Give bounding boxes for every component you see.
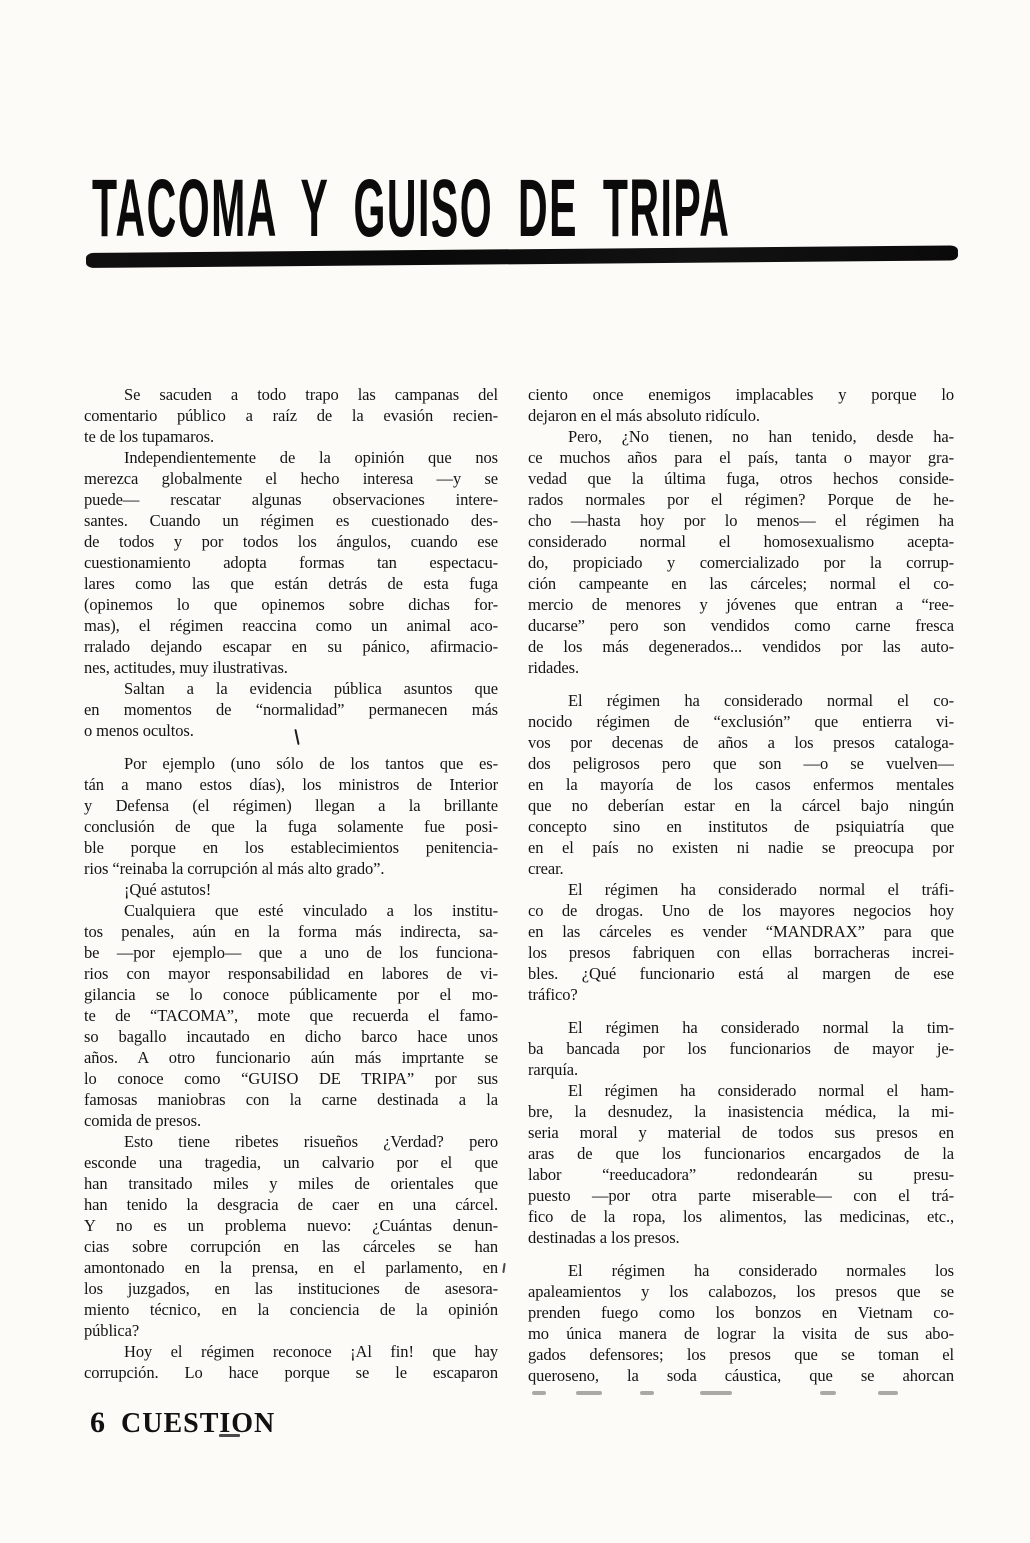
scan-artifact-cutline [700, 1391, 732, 1395]
text-line: crear. [528, 858, 954, 879]
paragraph: El régimen ha considerado normal la tim-… [528, 1017, 954, 1080]
scan-artifact-cutline [878, 1391, 898, 1395]
text-line: esconde una tragedia, un calvario por el… [84, 1152, 498, 1173]
text-line: vos por decenas de años a los presos cat… [528, 732, 954, 753]
text-line: en momentos de “normalidad” permanecen m… [84, 699, 498, 720]
text-line: mas), el régimen reaccina como un animal… [84, 615, 498, 636]
paragraph: Por ejemplo (uno sólo de los tantos que … [84, 753, 498, 879]
text-line: pública? [84, 1320, 498, 1341]
scan-artifact-cutline [576, 1391, 602, 1395]
text-line: de los más degenerados... vendidos por l… [528, 636, 954, 657]
text-line: bles. ¿Qué funcionario está al margen de… [528, 963, 954, 984]
text-line: co de drogas. Uno de los mayores negocio… [528, 900, 954, 921]
paragraph: Pero, ¿No tienen, no han tenido, desde h… [528, 426, 954, 678]
text-line: puede— rescatar algunas observaciones in… [84, 489, 498, 510]
text-line: Esto tiene ribetes risueños ¿Verdad? per… [84, 1131, 498, 1152]
page-number: 6 [90, 1406, 105, 1440]
text-line: prenden fuego como los bonzos en Vietnam… [528, 1302, 954, 1323]
paragraph: El régimen ha considerado normales losap… [528, 1260, 954, 1386]
text-line: gados defensores; los presos que se toma… [528, 1344, 954, 1365]
text-line: El régimen ha considerado normal el co- [528, 690, 954, 711]
paragraph: Hoy el régimen reconoce ¡Al fin! que hay… [84, 1341, 498, 1383]
text-line: te de “TACOMA”, mote que recuerda el fam… [84, 1005, 498, 1026]
text-line: corrupción. Lo hace porque se le escapar… [84, 1362, 498, 1383]
text-line: bre, la desnudez, la inasistencia médica… [528, 1101, 954, 1122]
paragraph: El régimen ha considerado normal el ham-… [528, 1080, 954, 1248]
text-line: nocido régimen de “exclusión” que entier… [528, 711, 954, 732]
text-line: Pero, ¿No tienen, no han tenido, desde h… [528, 426, 954, 447]
text-line: tán a mano estos días), los ministros de… [84, 774, 498, 795]
text-line: considerado normal el homosexualismo ace… [528, 531, 954, 552]
magazine-page: TACOMA Y GUISO DE TRIPA Se sacuden a tod… [0, 0, 1030, 1543]
text-line: los juzgados, en las instituciones de as… [84, 1278, 498, 1299]
text-line: Hoy el régimen reconoce ¡Al fin! que hay [84, 1341, 498, 1362]
column-right: ciento once enemigos implacables y porqu… [528, 384, 954, 1386]
text-line: ción campeante en las cárceles; normal e… [528, 573, 954, 594]
text-line: cuestionamiento adopta formas tan espect… [84, 552, 498, 573]
column-left: Se sacuden a todo trapo las campanas del… [84, 384, 498, 1383]
text-line: ba bancada por los funcionarios de mayor… [528, 1038, 954, 1059]
text-line: rios con mayor responsabilidad en labore… [84, 963, 498, 984]
text-line: El régimen ha considerado normal el ham- [528, 1080, 954, 1101]
text-line: seria moral y material de todos sus pres… [528, 1122, 954, 1143]
text-line: (opinemos lo que opinemos sobre dichas f… [84, 594, 498, 615]
text-line: rados normales por el régimen? Porque de… [528, 489, 954, 510]
text-line: Se sacuden a todo trapo las campanas del [84, 384, 498, 405]
text-line: ce muchos años para el país, tanta o may… [528, 447, 954, 468]
text-line: El régimen ha considerado normal la tim- [528, 1017, 954, 1038]
text-line: cias sobre corrupción en las cárceles se… [84, 1236, 498, 1257]
scan-artifact-cutline [640, 1391, 654, 1395]
paragraph: Saltan a la evidencia pública asuntos qu… [84, 678, 498, 741]
text-line: mercio de menores y jóvenes que entran a… [528, 594, 954, 615]
text-line: famosas maniobras con la carne destinada… [84, 1089, 498, 1110]
paragraph: El régimen ha considerado normal el co-n… [528, 690, 954, 879]
text-line: ¡Qué astutos! [84, 879, 498, 900]
text-line: do, propiciado y comercializado por la c… [528, 552, 954, 573]
text-line: merezca globalmente el hecho interesa —y… [84, 468, 498, 489]
text-line: destinadas a los presos. [528, 1227, 954, 1248]
text-line: vedad que la última fuga, otros hechos c… [528, 468, 954, 489]
text-line: aras de que los funcionarios encargados … [528, 1143, 954, 1164]
text-line: de todos y por todos los ángulos, cuando… [84, 531, 498, 552]
article-title: TACOMA Y GUISO DE TRIPA [92, 168, 730, 250]
text-line: Saltan a la evidencia pública asuntos qu… [84, 678, 498, 699]
text-line: ducarse” pero son vendidos como carne fr… [528, 615, 954, 636]
text-line: conclusión de que la fuga solamente fue … [84, 816, 498, 837]
text-line: ciento once enemigos implacables y porqu… [528, 384, 954, 405]
paragraph: Se sacuden a todo trapo las campanas del… [84, 384, 498, 447]
text-line: dejaron en el más absoluto ridículo. [528, 405, 954, 426]
text-line: gilancia se lo conoce públicamente por e… [84, 984, 498, 1005]
paragraph: ciento once enemigos implacables y porqu… [528, 384, 954, 426]
text-line: comentario público a raíz de la evasión … [84, 405, 498, 426]
text-line: El régimen ha considerado normales los [528, 1260, 954, 1281]
text-line: y Defensa (el régimen) llegan a la brill… [84, 795, 498, 816]
paragraph: Cualquiera que esté vinculado a los inst… [84, 900, 498, 1131]
text-line: lo conoce como “GUISO DE TRIPA” por sus [84, 1068, 498, 1089]
text-line: rralado dejando escapar en su pánico, af… [84, 636, 498, 657]
text-line: queroseno, la soda cáustica, que se ahor… [528, 1365, 954, 1386]
text-line: han tenido la desgracia de caer en una c… [84, 1194, 498, 1215]
paragraph: ¡Qué astutos! [84, 879, 498, 900]
text-line: Cualquiera que esté vinculado a los inst… [84, 900, 498, 921]
text-line: ridades. [528, 657, 954, 678]
text-line: santes. Cuando un régimen es cuestionado… [84, 510, 498, 531]
text-line: El régimen ha considerado normal el tráf… [528, 879, 954, 900]
page-footer: 6 CUESTION [90, 1406, 275, 1440]
text-line: Por ejemplo (uno sólo de los tantos que … [84, 753, 498, 774]
paragraph: Esto tiene ribetes risueños ¿Verdad? per… [84, 1131, 498, 1341]
text-line: en el país no existen ni nadie se preocu… [528, 837, 954, 858]
text-line: nes, actitudes, muy ilustrativas. [84, 657, 498, 678]
scan-artifact-underline [219, 1434, 240, 1437]
text-line: miento técnico, en la conciencia de la o… [84, 1299, 498, 1320]
text-line: años. A otro funcionario aún más imprtan… [84, 1047, 498, 1068]
scan-artifact-tick [502, 1263, 505, 1273]
text-line: en las cárceles es vender “MANDRAX” para… [528, 921, 954, 942]
magazine-name: CUESTION [121, 1408, 275, 1440]
text-line: tos penales, aún en la forma más indirec… [84, 921, 498, 942]
text-line: rios “reinaba la corrupción al más alto … [84, 858, 498, 879]
text-line: labor “reeducadora” redondearán su presu… [528, 1164, 954, 1185]
text-line: ble porque en los establecimientos penit… [84, 837, 498, 858]
text-line: so bagallo incautado en dicho barco hace… [84, 1026, 498, 1047]
text-line: rarquía. [528, 1059, 954, 1080]
text-line: apaleamientos y los calabozos, los preso… [528, 1281, 954, 1302]
text-line: mo única manera de lograr la visita de s… [528, 1323, 954, 1344]
scan-artifact-cutline [820, 1391, 836, 1395]
text-line: en la mayoría de los casos enfermos ment… [528, 774, 954, 795]
text-line: amontonado en la prensa, en el parlament… [84, 1257, 498, 1278]
scan-artifact-cutline [532, 1391, 546, 1395]
text-line: comida de presos. [84, 1110, 498, 1131]
text-line: puesto —por otra parte miserable— con el… [528, 1185, 954, 1206]
text-line: cho —hasta hoy por lo menos— el régimen … [528, 510, 954, 531]
paragraph: Independientemente de la opinión que nos… [84, 447, 498, 678]
text-line: han transitado miles y miles de oriental… [84, 1173, 498, 1194]
text-line: tráfico? [528, 984, 954, 1005]
text-line: los presos fabriquen con ellas borracher… [528, 942, 954, 963]
text-line: te de los tupamaros. [84, 426, 498, 447]
text-line: lares como las que están detrás de esta … [84, 573, 498, 594]
text-line: Independientemente de la opinión que nos [84, 447, 498, 468]
text-line: que no deberían estar en la cárcel bajo … [528, 795, 954, 816]
text-line: Y no es un problema nuevo: ¿Cuántas denu… [84, 1215, 498, 1236]
paragraph: El régimen ha considerado normal el tráf… [528, 879, 954, 1005]
text-line: concepto sino en institutos de psiquiatr… [528, 816, 954, 837]
text-line: dos peligrosos pero que son —o se vuelve… [528, 753, 954, 774]
text-line: be —por ejemplo— que a uno de los funcio… [84, 942, 498, 963]
text-line: fico de la ropa, los alimentos, las medi… [528, 1206, 954, 1227]
text-line: o menos ocultos. [84, 720, 498, 741]
